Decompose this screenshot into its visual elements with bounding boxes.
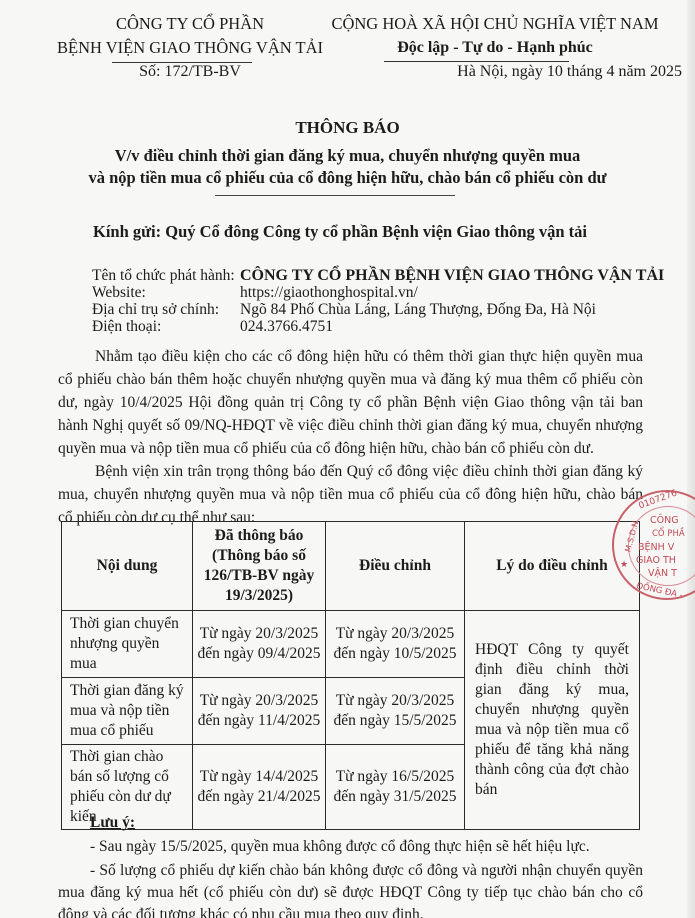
- info-value: 024.3766.4751: [240, 318, 333, 335]
- document-number: Số: 172/TB-BV: [40, 60, 340, 84]
- stamp-text: BỆNH V: [638, 542, 674, 553]
- schedule-table: Nội dung Đã thông báo (Thông báo số 126/…: [61, 521, 640, 830]
- text-line: Bệnh viện xin trân trọng thông báo đến Q…: [58, 460, 643, 483]
- info-label: Website:: [92, 284, 240, 301]
- website-link[interactable]: https://giaothonghospital.vn/: [240, 284, 418, 301]
- issuer-name-row: Tên tổ chức phát hành: CÔNG TY CỔ PHẦN B…: [92, 267, 664, 284]
- text-line: cổ phiếu chào bán thêm hoặc chuyển nhượn…: [58, 368, 643, 391]
- website-row: Website: https://giaothonghospital.vn/: [92, 284, 664, 301]
- document-subject: V/v điều chỉnh thời gian đăng ký mua, ch…: [0, 145, 695, 189]
- star-icon: ★: [620, 560, 628, 570]
- issuer-info: Tên tổ chức phát hành: CÔNG TY CỔ PHẦN B…: [92, 267, 664, 335]
- text-line: dư, ngày 10/4/2025 Hội đồng quản trị Côn…: [58, 391, 643, 414]
- cell-adjusted: Từ ngày 16/5/2025 đến ngày 31/5/2025: [326, 745, 465, 830]
- note-item-1: - Sau ngày 15/5/2025, quyền mua không đư…: [90, 838, 590, 856]
- paragraph-2: Bệnh viện xin trân trọng thông báo đến Q…: [58, 460, 643, 529]
- info-label: Tên tổ chức phát hành:: [92, 267, 240, 284]
- header-left-underline: [112, 62, 252, 63]
- stamp-text: CỔ PHẦ: [652, 529, 685, 539]
- address-row: Địa chỉ trụ sở chính: Ngõ 84 Phố Chùa Lá…: [92, 301, 664, 318]
- subject-line-2: và nộp tiền mua cổ phiếu của cổ đông hiệ…: [0, 167, 695, 189]
- cell-reason: HĐQT Công ty quyết định điều chỉnh thời …: [465, 611, 640, 830]
- text-line: đông và các đối tượng khác có nhu cầu mu…: [58, 904, 643, 918]
- cell-content: Thời gian chuyển nhượng quyền mua: [62, 611, 193, 678]
- cell-content: Thời gian đăng ký mua và nộp tiền mua cổ…: [62, 678, 193, 745]
- nation-title: CỘNG HOÀ XÃ HỘI CHỦ NGHĨA VIỆT NAM: [300, 12, 690, 36]
- header-announced: Đã thông báo (Thông báo số 126/TB-BV ngà…: [193, 522, 326, 611]
- text-line: mua đăng ký mua hết (cổ phiếu còn dư) sẽ…: [58, 882, 643, 904]
- national-motto: Độc lập - Tự do - Hạnh phúc: [300, 36, 690, 60]
- info-label: Điện thoại:: [92, 318, 240, 335]
- stamp-text: CÔNG: [650, 515, 679, 526]
- info-label: Địa chỉ trụ sở chính:: [92, 301, 240, 318]
- national-header: CỘNG HOÀ XÃ HỘI CHỦ NGHĨA VIỆT NAM Độc l…: [300, 12, 690, 84]
- text-line: - Số lượng cổ phiếu dự kiến chào bán khô…: [58, 860, 643, 882]
- motto-underline: [384, 61, 569, 62]
- header-adjusted: Điều chỉnh: [326, 522, 465, 611]
- notes-title: Lưu ý:: [90, 814, 135, 832]
- stamp-text: VẬN T: [648, 568, 677, 579]
- place-date: Hà Nội, ngày 10 tháng 4 năm 2025: [300, 60, 690, 84]
- note-item-2: - Số lượng cổ phiếu dự kiến chào bán khô…: [58, 860, 643, 918]
- table-header-row: Nội dung Đã thông báo (Thông báo số 126/…: [62, 522, 640, 611]
- stamp-text: GIAO TH: [636, 555, 676, 566]
- paragraph-1: Nhằm tạo điều kiện cho các cổ đông hiện …: [58, 345, 643, 460]
- cell-announced: Từ ngày 20/3/2025 đến ngày 11/4/2025: [193, 678, 326, 745]
- issuer-header: CÔNG TY CỔ PHẦN BỆNH VIỆN GIAO THÔNG VẬN…: [40, 12, 340, 84]
- document-page: CÔNG TY CỔ PHẦN BỆNH VIỆN GIAO THÔNG VẬN…: [0, 0, 695, 918]
- text-line: hành Nghị quyết số 09/NQ-HĐQT về việc đi…: [58, 414, 643, 437]
- cell-announced: Từ ngày 14/4/2025 đến ngày 21/4/2025: [193, 745, 326, 830]
- text-line: mua, chuyển nhượng quyền mua và nộp tiền…: [58, 483, 643, 506]
- company-line-1: CÔNG TY CỔ PHẦN: [40, 12, 340, 36]
- text-line: Nhằm tạo điều kiện cho các cổ đông hiện …: [58, 345, 643, 368]
- cell-adjusted: Từ ngày 20/3/2025 đến ngày 10/5/2025: [326, 611, 465, 678]
- text-line: quyền mua và nộp tiền mua cổ phiếu của c…: [58, 437, 643, 460]
- subject-underline: [215, 195, 455, 196]
- cell-adjusted: Từ ngày 20/3/2025 đến ngày 15/5/2025: [326, 678, 465, 745]
- info-value: Ngõ 84 Phố Chùa Láng, Láng Thượng, Đống …: [240, 301, 596, 318]
- phone-row: Điện thoại: 024.3766.4751: [92, 318, 664, 335]
- subject-line-1: V/v điều chỉnh thời gian đăng ký mua, ch…: [0, 145, 695, 167]
- recipient-line: Kính gửi: Quý Cổ đông Công ty cổ phần Bệ…: [93, 222, 587, 242]
- document-title: THÔNG BÁO: [0, 118, 695, 138]
- info-value: CÔNG TY CỔ PHẦN BỆNH VIỆN GIAO THÔNG VẬN…: [240, 267, 664, 284]
- company-line-2: BỆNH VIỆN GIAO THÔNG VẬN TẢI: [40, 36, 340, 60]
- table-row: Thời gian chuyển nhượng quyền mua Từ ngà…: [62, 611, 640, 678]
- cell-announced: Từ ngày 20/3/2025 đến ngày 09/4/2025: [193, 611, 326, 678]
- header-content: Nội dung: [62, 522, 193, 611]
